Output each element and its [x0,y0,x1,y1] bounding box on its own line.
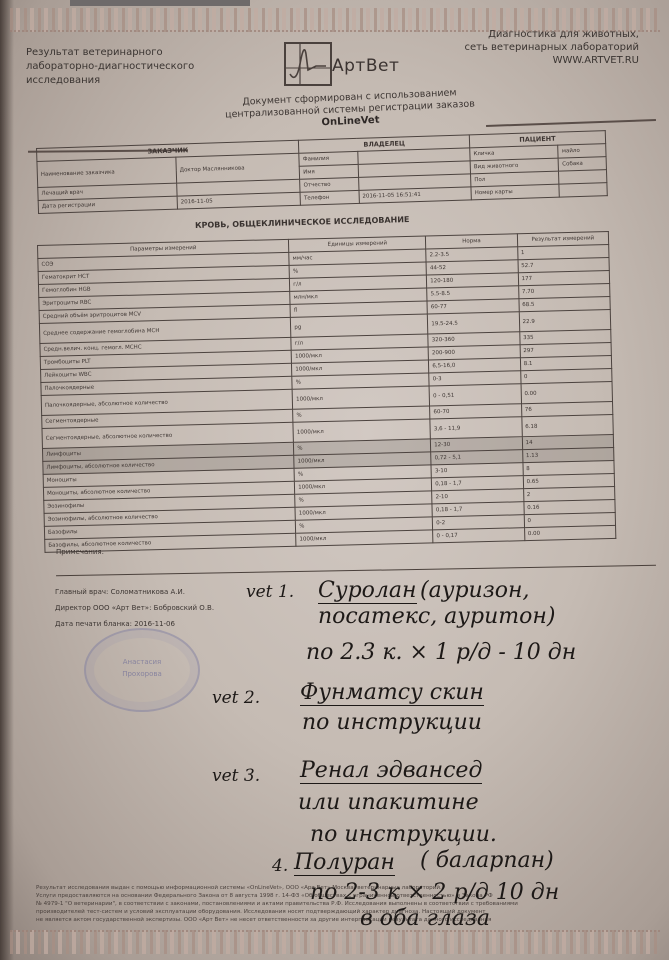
rx-2-instructions: по инструкции [302,710,482,735]
artvet-logo: АртВет [284,34,394,86]
rx-1-alternatives-cont: посатекс, ауритон) [318,604,556,629]
logo-graph-icon [284,42,332,86]
notes-underline [56,565,656,576]
website-link: WWW.ARTVET.RU [464,54,639,67]
clinic-stamp: Анастасия Прохорова [84,628,200,712]
norm-cell: 3,6 - 11,9 [430,417,522,439]
tagline-line: Диагностика для животных, [464,28,639,41]
notes-label: Примечания: [56,548,104,556]
result-cell: 0.00 [521,381,613,403]
rx-3-alternative: или ипакитине [298,790,479,815]
director-signature: Директор ООО «Арт Вет»: Бобровский О.В. [55,604,214,612]
result-cell: 0.00 [524,525,616,540]
system-notice: Документ сформирован с использованием це… [199,85,500,134]
unit-cell: 1000/мкл [296,530,433,546]
company-tagline: Диагностика для животных, сеть ветеринар… [464,28,639,67]
stamp-text: Анастасия [86,658,198,666]
redacted-stub [70,0,250,6]
rx-1-dosage: по 2.3 к. × 1 р/д - 10 дн [306,640,576,665]
customer-owner-patient-table: ЗАКАЗЧИК ВЛАДЕЛЕЦ ПАЦИЕНТ Наименование з… [36,130,608,214]
rx-4-dosage: по 2-3 к × 2 р/д 10 дн [310,880,559,905]
footer-line: производителей тест-систем и условий экс… [36,908,656,916]
chief-vet-signature: Главный врач: Соломатникова А.И. [55,588,185,596]
tagline-line: сеть ветеринарных лабораторий [464,41,639,54]
customer-value: 2016-11-05 [177,192,301,209]
report-title: Результат ветеринарного лабораторно-диаг… [26,46,194,88]
rx-1-drug: Суролан [318,578,417,604]
results-title: КРОВЬ, ОБЩЕКЛИНИЧЕСКОЕ ИССЛЕДОВАНИЕ [195,215,410,230]
divider [486,119,656,127]
rx-4-alternative: ( баларпан) [420,848,554,873]
decorative-border-bottom [10,930,660,954]
rx-3-prefix: vet 3. [212,766,260,786]
result-cell: 6.18 [521,414,613,436]
logo-text: АртВет [332,56,399,76]
norm-cell: 19.5-24.5 [428,312,520,334]
result-cell: 22.9 [519,310,611,332]
rx-3-instructions: по инструкции. [310,822,497,847]
lab-report-document: Результат ветеринарного лабораторно-диаг… [0,0,669,960]
rx-3-drug: Ренал эдвансед [300,758,482,784]
rx-4-prefix: 4. [272,856,288,876]
stamp-text: Прохорова [86,670,198,678]
norm-cell: 0 - 0,17 [433,528,525,543]
footer-line: не является актом государственной экспер… [36,916,656,924]
print-date: Дата печати бланка: 2016-11-06 [55,620,175,628]
rx-1-alternatives: (ауризон, [420,578,529,603]
rx-4-application: в оба глаза [360,906,490,931]
report-title-line: исследования [26,74,194,88]
customer-value: Доктор Маслянникова [176,153,300,183]
report-title-line: Результат ветеринарного [26,46,194,60]
rx-2-drug: Фунматсу скин [300,680,484,706]
rx-4-drug: Полуран [294,850,395,876]
patient-value [559,183,607,197]
owner-value: 2016-11-05 16:51:41 [359,187,472,204]
rx-1-prefix: vet 1. [246,582,294,602]
report-title-line: лабораторно-диагностического [26,60,194,74]
owner-label: Телефон [300,190,359,205]
patient-label: Номер карты [471,184,560,200]
blood-results-table: Параметры измерений Единицы измерений Но… [37,231,616,553]
rx-2-prefix: vet 2. [212,688,260,708]
norm-cell: 0 - 0,51 [429,384,521,406]
